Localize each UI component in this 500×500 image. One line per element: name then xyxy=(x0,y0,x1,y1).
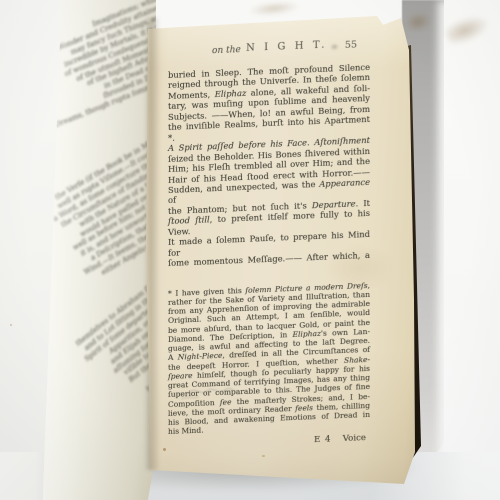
signature-line: E 4 Voice xyxy=(168,432,370,452)
ink-blot xyxy=(330,43,339,50)
signature-mark: E 4 xyxy=(314,434,331,445)
right-page: on the N I G H T. 55 buried in Sleep. Th… xyxy=(140,10,420,495)
book-photograph: { "right_page": { "header": { "running_t… xyxy=(0,0,500,500)
gutter-shadow xyxy=(144,18,159,470)
left-facing-page: Imaginations; whileWonder and Credulity … xyxy=(38,0,156,500)
dirt-smudge xyxy=(247,0,300,18)
running-header: on the N I G H T. 55 xyxy=(168,38,370,60)
pencil-annotation xyxy=(171,386,241,402)
page-number: 55 xyxy=(345,39,357,50)
background-right xyxy=(444,0,500,500)
running-title-prefix: on the xyxy=(212,45,241,56)
left-page-shading xyxy=(38,0,156,500)
body-text: buried in Sleep. The moſt profound Silen… xyxy=(168,62,370,269)
paper-speck xyxy=(262,455,265,457)
paper-speck xyxy=(10,324,12,326)
footnote-text: * I have given this ſolemn Picture a mod… xyxy=(168,280,370,436)
paper-speck xyxy=(163,448,166,451)
running-title: N I G H T. xyxy=(246,40,328,54)
catchword: Voice xyxy=(343,433,366,444)
